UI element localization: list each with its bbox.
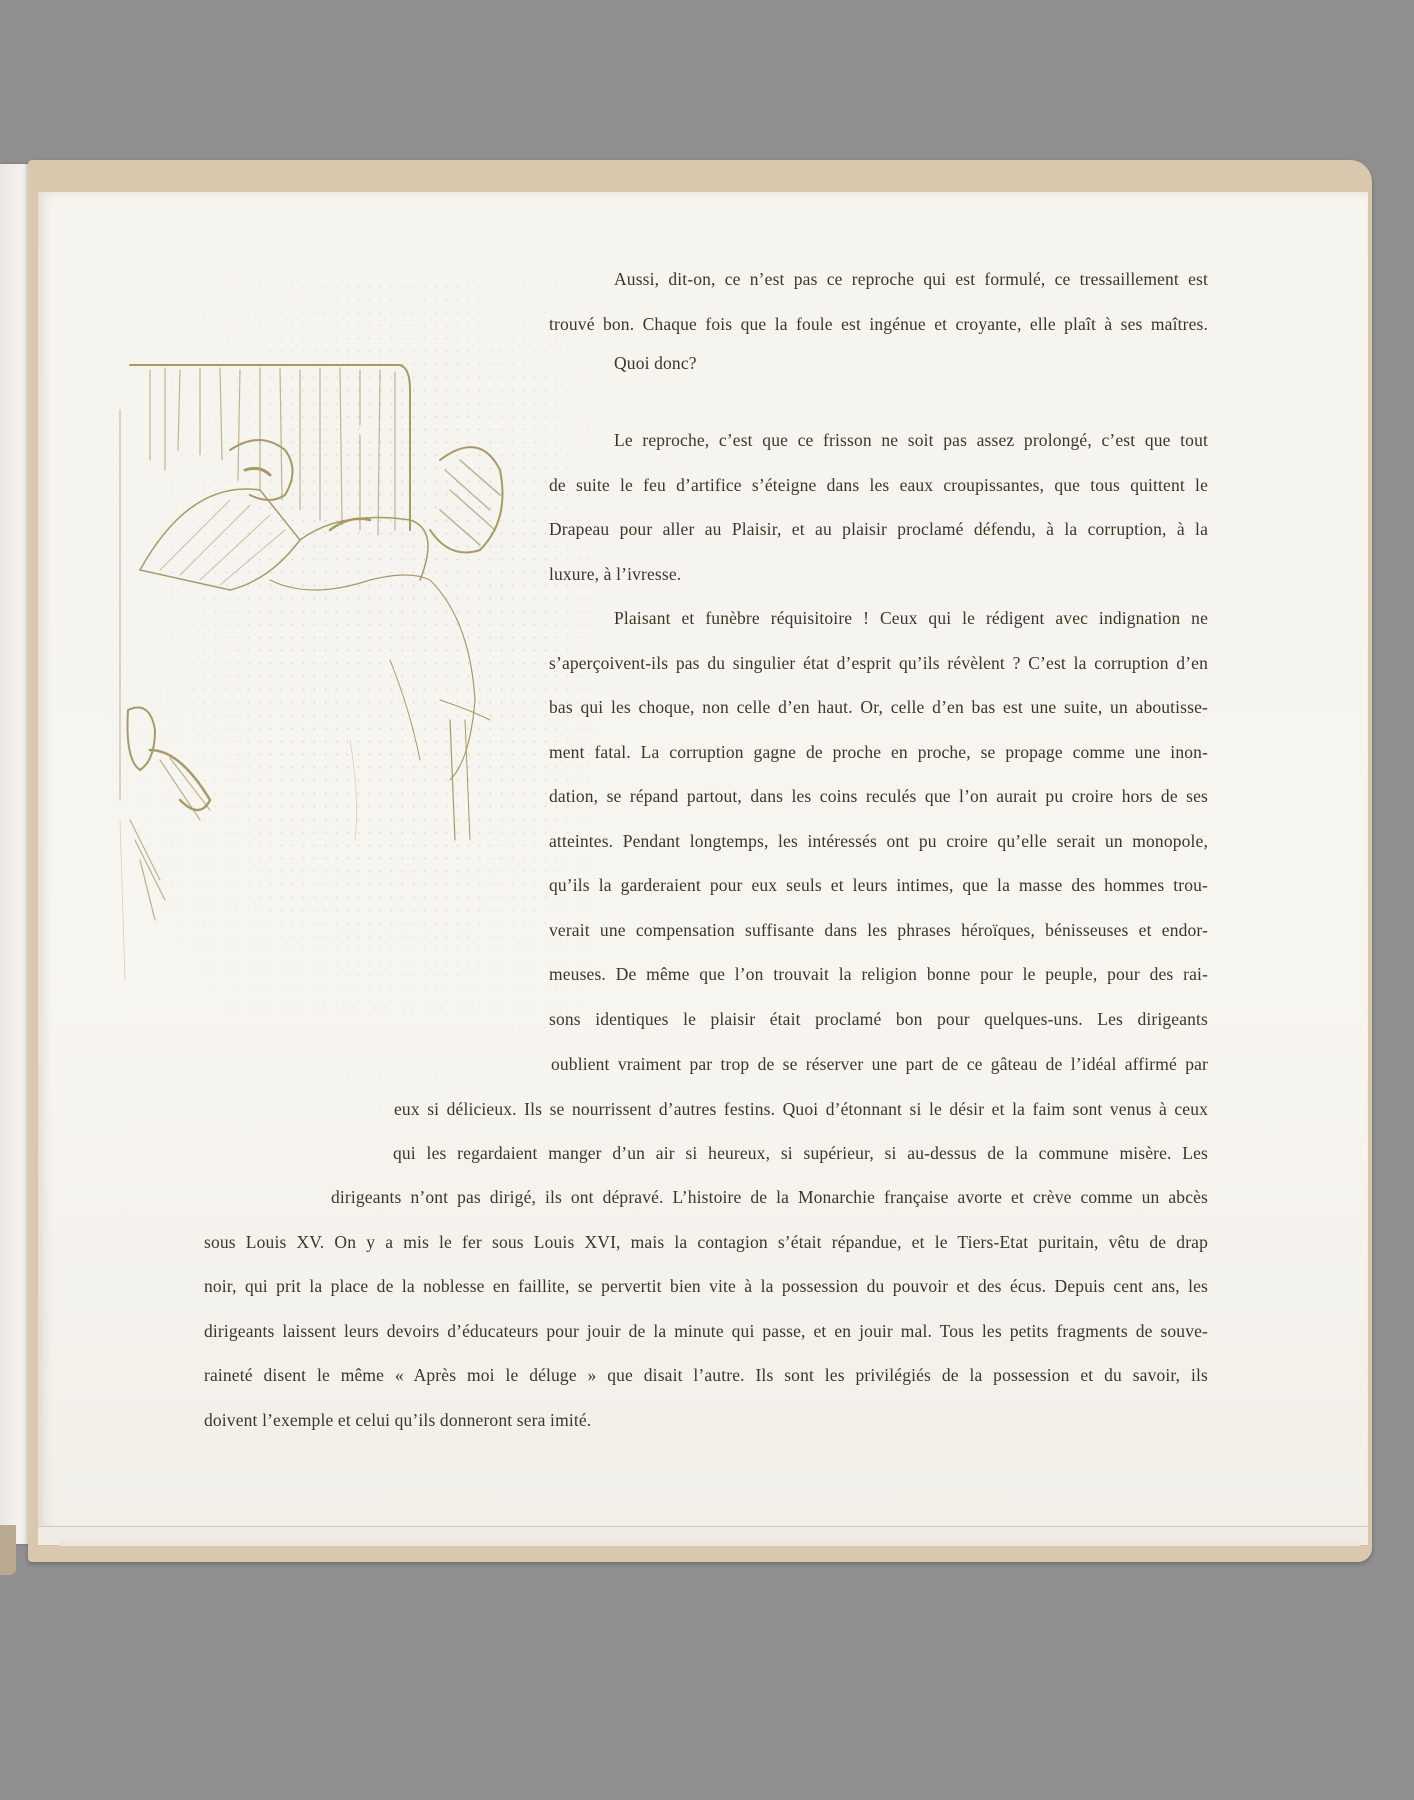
text-line: bas qui les choque, non celle d’en haut.…: [549, 695, 1208, 719]
text-line: verait une compensation suffisante dans …: [549, 918, 1208, 942]
text-line: Drapeau pour aller au Plaisir, et au pla…: [549, 517, 1208, 541]
text-line: dirigeants laissent leurs devoirs d’éduc…: [204, 1319, 1208, 1343]
text-line: atteintes. Pendant longtemps, les intére…: [549, 829, 1208, 853]
left-cover-corner: [0, 1525, 16, 1575]
text-line: Aussi, dit-on, ce n’est pas ce reproche …: [614, 267, 1208, 291]
text-line: noir, qui prit la place de la noblesse e…: [204, 1274, 1208, 1298]
text-line: sons identiques le plaisir était proclam…: [549, 1007, 1208, 1031]
text-line: sous Louis XV. On y a mis le fer sous Lo…: [204, 1230, 1208, 1254]
page-deckle-edge-lower: [60, 1540, 1360, 1546]
text-line: meuses. De même que l’on trouvait la rel…: [549, 962, 1208, 986]
text-line: dirigeants n’ont pas dirigé, ils ont dép…: [331, 1185, 1208, 1209]
text-line: ment fatal. La corruption gagne de proch…: [549, 740, 1208, 764]
text-line: doivent l’exemple et celui qu’ils donner…: [204, 1408, 591, 1432]
text-line: eux si délicieux. Ils se nourrissent d’a…: [394, 1097, 1208, 1121]
text-line: trouvé bon. Chaque fois que la foule est…: [549, 312, 1208, 336]
text-line: qu’ils la garderaient pour eux seuls et …: [549, 873, 1208, 897]
text-line: dation, se répand partout, dans les coin…: [549, 784, 1208, 808]
text-line: oublient vraiment par trop de se réserve…: [551, 1052, 1208, 1076]
text-line: de suite le feu d’artifice s’éteigne dan…: [549, 473, 1208, 497]
text-line: qui les regardaient manger d’un air si h…: [393, 1141, 1208, 1165]
text-line: Le reproche, c’est que ce frisson ne soi…: [614, 428, 1208, 452]
text-line: raineté disent le même « Après moi le dé…: [204, 1363, 1208, 1387]
text-line: s’aperçoivent-ils pas du singulier état …: [549, 651, 1208, 675]
lithograph-illustration: [110, 280, 580, 1080]
text-line: Plaisant et funèbre réquisitoire ! Ceux …: [614, 606, 1208, 630]
text-line: Quoi donc?: [614, 351, 697, 375]
text-line: luxure, à l’ivresse.: [549, 562, 681, 586]
